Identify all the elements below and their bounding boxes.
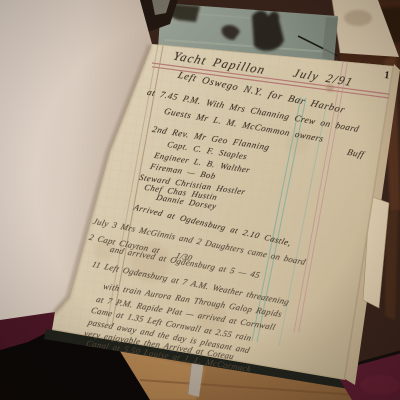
photo-of-open-journal: Yacht Papillon July 2/91 1 Left Oswego N… (0, 0, 400, 400)
journal-date: July 2/91 (291, 66, 356, 90)
handwriting-layer: Yacht Papillon July 2/91 1 Left Oswego N… (0, 0, 400, 400)
journal-line: Buff (346, 147, 366, 160)
page-number: 1 (383, 70, 390, 82)
